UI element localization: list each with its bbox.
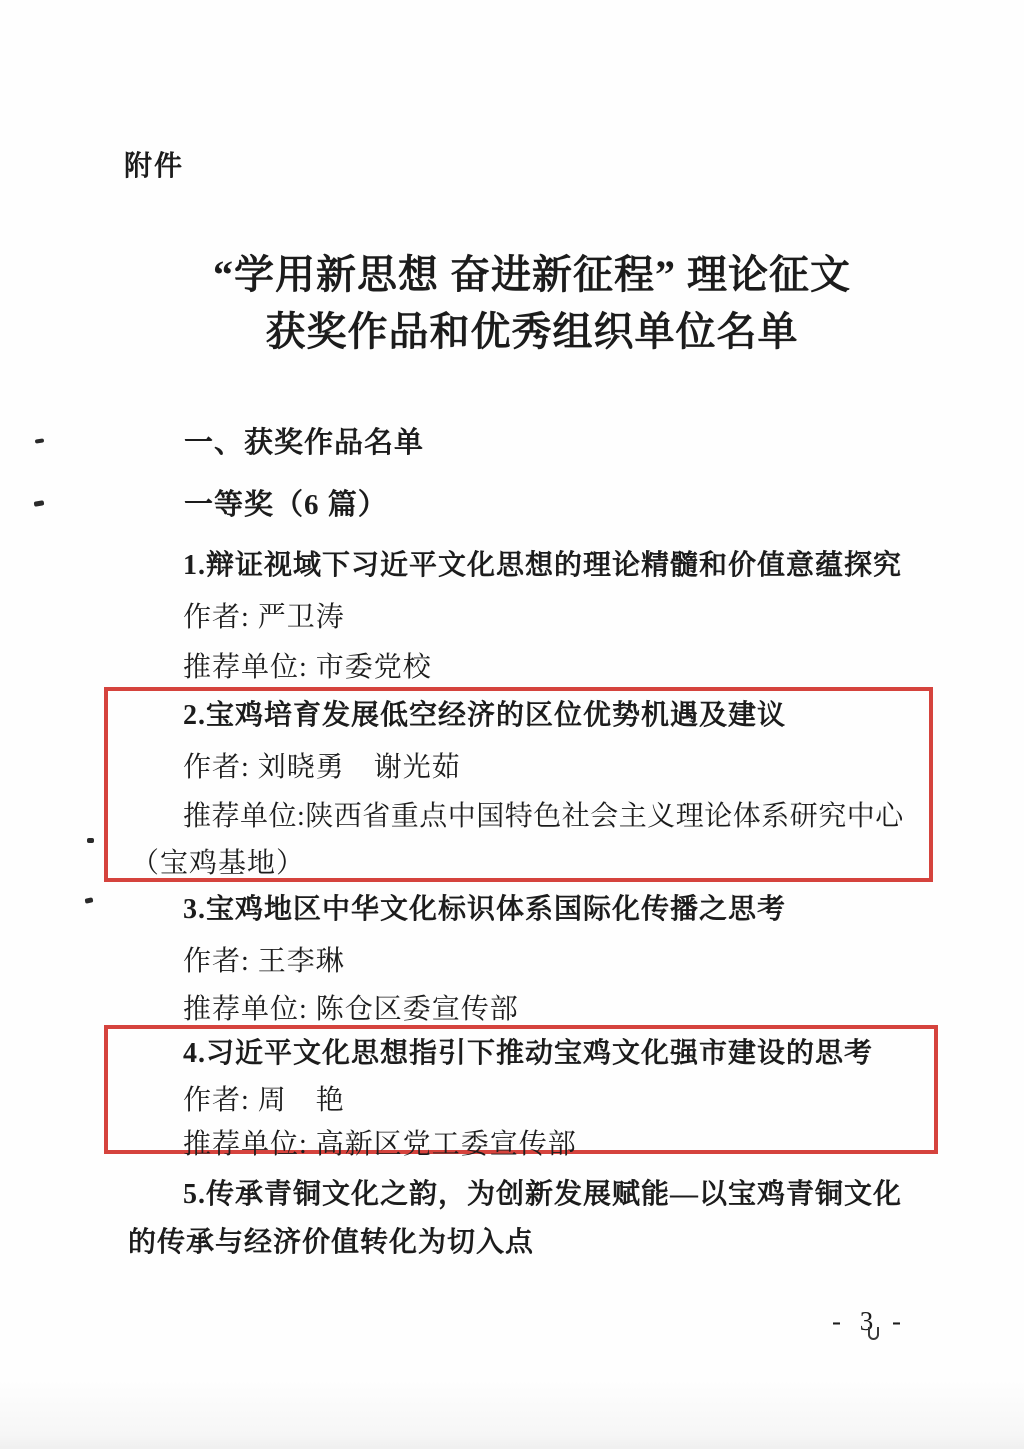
entry-5-title-continuation: 的传承与经济价值转化为切入点	[128, 1226, 534, 1260]
scan-speck	[87, 838, 94, 843]
scan-speck	[35, 438, 44, 443]
entry-1-title: 1.辩证视域下习近平文化思想的理论精髓和价值意蕴探究	[183, 549, 902, 583]
document-title: “学用新思想 奋进新征程” 理论征文 获奖作品和优秀组织单位名单	[20, 246, 1024, 360]
stray-pen-mark	[868, 1327, 879, 1340]
attachment-label: 附件	[124, 149, 184, 183]
scanned-document-page: 附件 “学用新思想 奋进新征程” 理论征文 获奖作品和优秀组织单位名单 一、获奖…	[0, 0, 1024, 1449]
section-heading-award-list: 一、获奖作品名单	[184, 426, 424, 460]
entry-2-recommending-unit-continuation: （宝鸡基地）	[131, 847, 305, 881]
entry-1-recommending-unit: 推荐单位: 市委党校	[183, 651, 432, 685]
entry-4-title: 4.习近平文化思想指引下推动宝鸡文化强市建设的思考	[183, 1037, 873, 1071]
entry-2-recommending-unit: 推荐单位:陕西省重点中国特色社会主义理论体系研究中心	[183, 800, 904, 834]
award-level-heading-first-prize: 一等奖（6 篇）	[184, 488, 388, 522]
scan-speck	[85, 897, 94, 904]
entry-5-title: 5.传承青铜文化之韵，为创新发展赋能—以宝鸡青铜文化	[183, 1178, 902, 1212]
entry-3-recommending-unit: 推荐单位: 陈仓区委宣传部	[183, 993, 519, 1027]
entry-2-author: 作者: 刘晓勇 谢光茹	[183, 751, 461, 785]
document-title-line-1: “学用新思想 奋进新征程” 理论征文	[20, 246, 1024, 303]
scan-shadow	[0, 1379, 1024, 1449]
document-title-line-2: 获奖作品和优秀组织单位名单	[20, 303, 1024, 360]
entry-2-title: 2.宝鸡培育发展低空经济的区位优势机遇及建议	[183, 699, 786, 733]
entry-4-author: 作者: 周 艳	[183, 1084, 345, 1118]
entry-3-title: 3.宝鸡地区中华文化标识体系国际化传播之思考	[183, 893, 786, 927]
entry-1-author: 作者: 严卫涛	[183, 601, 345, 635]
scan-speck	[34, 500, 45, 507]
entry-3-author: 作者: 王李琳	[183, 945, 345, 979]
entry-4-recommending-unit: 推荐单位: 高新区党工委宣传部	[183, 1128, 577, 1162]
